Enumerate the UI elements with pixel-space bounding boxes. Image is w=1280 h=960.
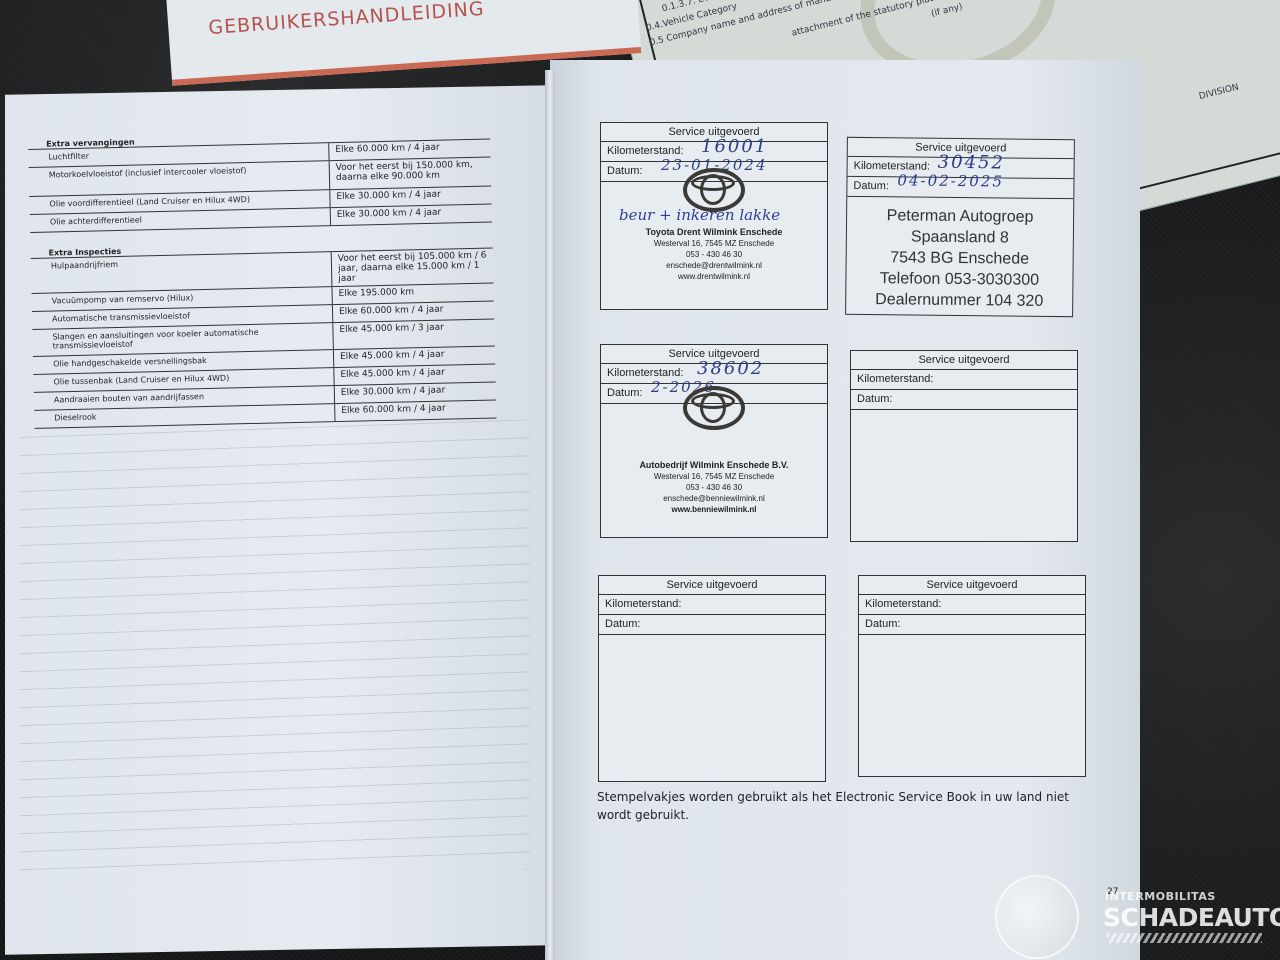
dealer-address: Westerval 16, 7545 MZ Enschede bbox=[601, 471, 827, 482]
interval-value: Elke 45.000 km / 3 jaar bbox=[332, 319, 495, 349]
reg-value: DIVISION bbox=[1198, 83, 1240, 103]
interval-value: Voor het eerst bij 105.000 km / 6 jaar, … bbox=[331, 248, 494, 286]
dealer-email: enschede@benniewilmink.nl bbox=[601, 493, 827, 504]
date-label: Datum: bbox=[605, 618, 640, 630]
dealer-web: www.benniewilmink.nl bbox=[601, 504, 827, 515]
km-handwritten: 16001 bbox=[701, 136, 768, 157]
watermark-brand-text: SCHADEAUTOS.NL bbox=[1103, 903, 1280, 932]
dealer-name: Autobedrijf Wilmink Enschede B.V. bbox=[601, 460, 827, 471]
date-field: Datum: bbox=[859, 615, 1085, 635]
km-handwritten: 30452 bbox=[938, 152, 1005, 174]
manual-title: GEBRUIKERSHANDLEIDING bbox=[208, 0, 486, 39]
date-handwritten: 04-02-2025 bbox=[897, 171, 1004, 190]
service-stamp-box: Service uitgevoerd Kilometerstand: Datum… bbox=[858, 575, 1086, 777]
date-label: Datum: bbox=[607, 387, 642, 399]
dealer-stamp: Peterman Autogroep Spaansland 8 7543 BG … bbox=[846, 205, 1073, 312]
stamp-header: Service uitgevoerd bbox=[859, 576, 1085, 595]
km-handwritten: 38602 bbox=[697, 358, 764, 379]
dealer-stamp: Toyota Drent Wilmink Enschede Westerval … bbox=[601, 227, 827, 282]
km-label: Kilometerstand: bbox=[857, 373, 933, 385]
dealer-line: 7543 BG Enschede bbox=[847, 247, 1073, 270]
dealer-line: Telefoon 053-3030300 bbox=[846, 268, 1072, 291]
km-field: Kilometerstand: bbox=[859, 595, 1085, 615]
date-label: Datum: bbox=[607, 165, 642, 177]
dealer-line: Peterman Autogroep bbox=[847, 205, 1073, 228]
service-stamp-box: Service uitgevoerd Kilometerstand: Datum… bbox=[598, 575, 826, 782]
watermark-stripes bbox=[1107, 933, 1262, 943]
stamp-header: Service uitgevoerd bbox=[599, 576, 825, 595]
booklet-spine bbox=[545, 70, 555, 960]
dealer-name: Toyota Drent Wilmink Enschede bbox=[601, 227, 827, 238]
dealer-stamp: Autobedrijf Wilmink Enschede B.V. Wester… bbox=[601, 460, 827, 515]
stamp-area: beur + inkeren lakke Toyota Drent Wilmin… bbox=[601, 182, 827, 332]
date-field: Datum: bbox=[599, 615, 825, 635]
dealer-email: enschede@drentwilmink.nl bbox=[601, 260, 827, 271]
interval-value: Elke 60.000 km / 4 jaar bbox=[334, 400, 496, 421]
service-stamp-box: Service uitgevoerd Kilometerstand: 16001… bbox=[600, 122, 828, 310]
stamp-header: Service uitgevoerd bbox=[851, 351, 1077, 370]
interval-value: Elke 30.000 km / 4 jaar bbox=[330, 204, 492, 225]
dealer-web: www.drentwilmink.nl bbox=[601, 271, 827, 282]
km-field: Kilometerstand: bbox=[599, 595, 825, 615]
service-stamp-box: Service uitgevoerd Kilometerstand: Datum… bbox=[850, 350, 1078, 542]
show-through-lines bbox=[20, 420, 530, 870]
item-label: Hulpaandrijfriem bbox=[31, 252, 332, 293]
km-label: Kilometerstand: bbox=[605, 598, 681, 610]
service-stamp-box: Service uitgevoerd Kilometerstand: 30452… bbox=[845, 137, 1075, 317]
dealer-phone: 053 - 430 46 30 bbox=[601, 482, 827, 493]
dealer-line: Dealernummer 104 320 bbox=[846, 289, 1072, 312]
toyota-logo-icon bbox=[683, 386, 745, 430]
interval-value: Voor het eerst bij 150.000 km, daarna el… bbox=[329, 158, 492, 190]
service-stamp-box: Service uitgevoerd Kilometerstand: 38602… bbox=[600, 344, 828, 538]
date-field: Datum: bbox=[851, 390, 1077, 410]
date-label: Datum: bbox=[853, 180, 889, 192]
dealer-phone: 053 - 430 46 30 bbox=[601, 249, 827, 260]
date-label: Datum: bbox=[865, 618, 900, 630]
date-label: Datum: bbox=[857, 393, 892, 405]
stamp-area bbox=[851, 410, 1077, 560]
stamp-area: Autobedrijf Wilmink Enschede B.V. Wester… bbox=[601, 404, 827, 554]
km-field: Kilometerstand: bbox=[851, 370, 1077, 390]
km-label: Kilometerstand: bbox=[865, 598, 941, 610]
stamp-area bbox=[599, 635, 825, 785]
footnote-text: Stempelvakjes worden gebruikt als het El… bbox=[597, 788, 1077, 824]
date-field: Datum: 04-02-2025 bbox=[847, 177, 1073, 199]
watermark-logo: INTERMOBILITAS SCHADEAUTOS.NL bbox=[995, 875, 1280, 960]
dealer-address: Westerval 16, 7545 MZ Enschede bbox=[601, 238, 827, 249]
stamp-area bbox=[859, 635, 1085, 785]
maintenance-table: Extra vervangingen Luchtfilter Elke 60.0… bbox=[28, 128, 496, 429]
dealer-line: Spaansland 8 bbox=[847, 226, 1073, 249]
watermark-small-text: INTERMOBILITAS bbox=[1105, 890, 1216, 903]
handwritten-note: beur + inkeren lakke bbox=[619, 206, 780, 224]
stamp-area: Peterman Autogroep Spaansland 8 7543 BG … bbox=[846, 197, 1074, 349]
globe-icon bbox=[995, 875, 1079, 959]
